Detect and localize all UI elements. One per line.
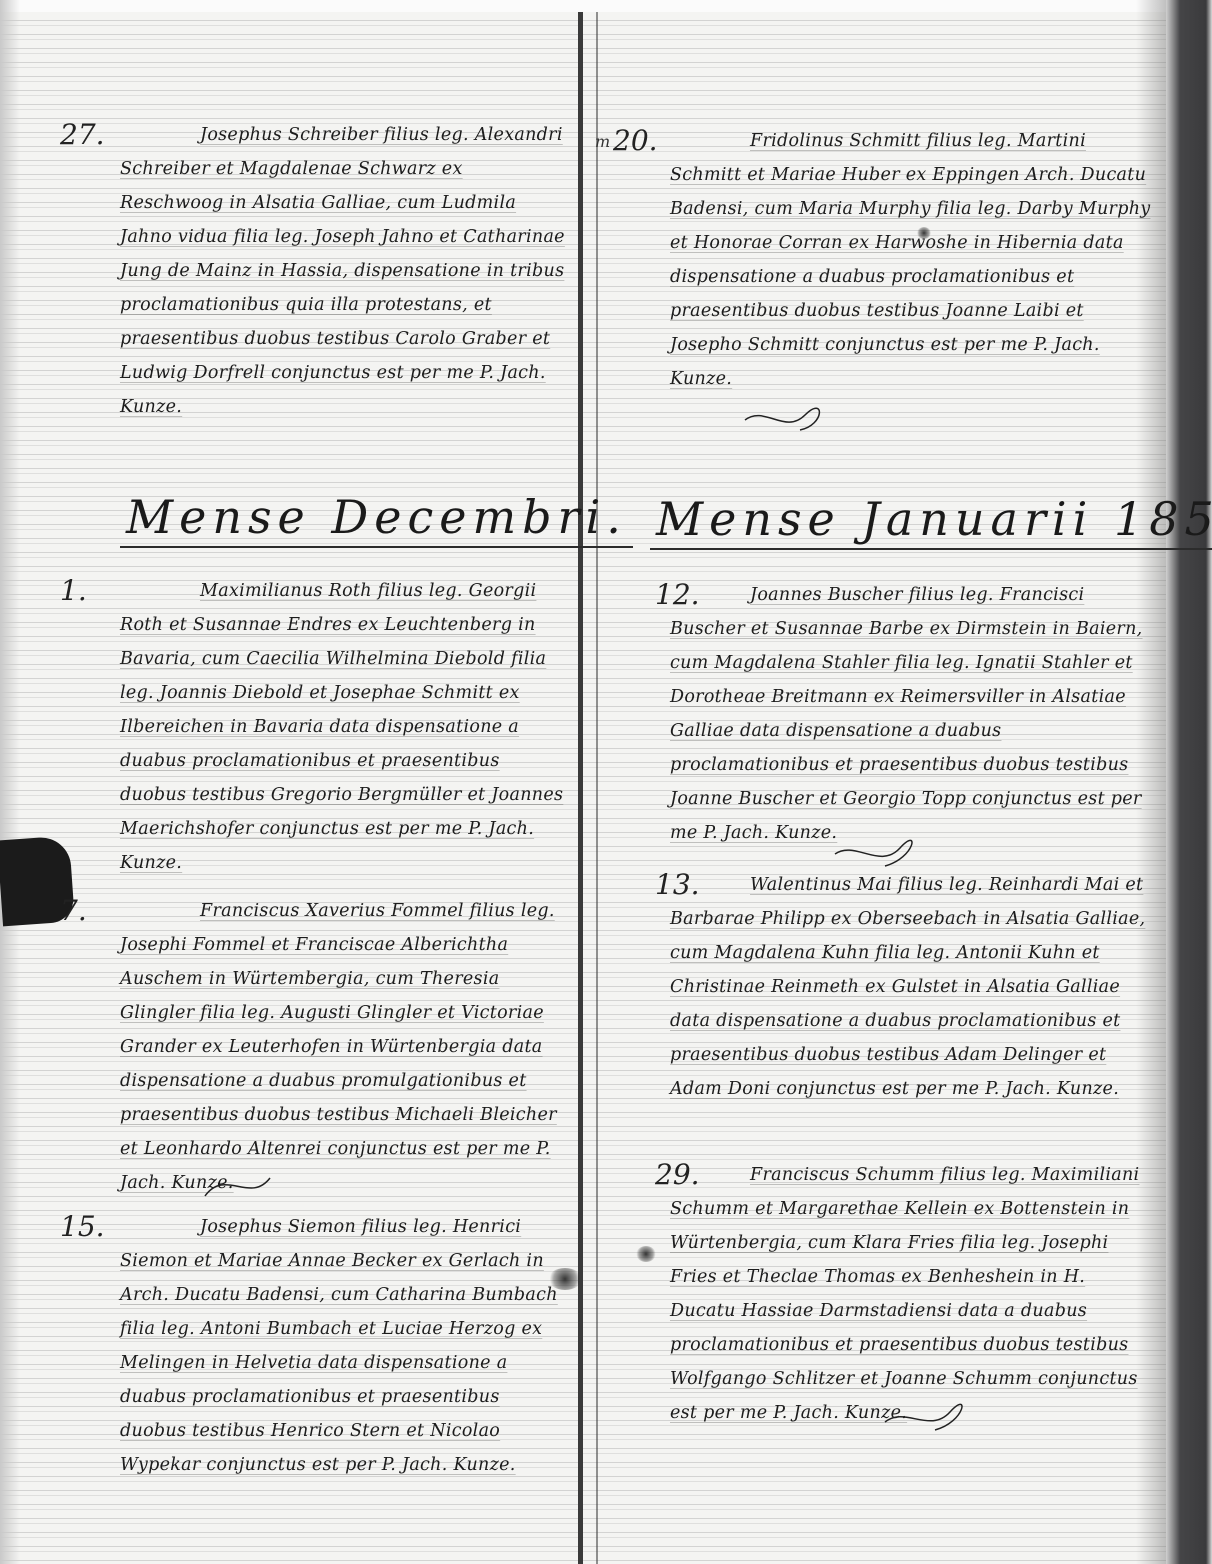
entry-text: Josephus Siemon filius leg. Henrici Siem… — [120, 1210, 570, 1482]
register-page: 27. Josephus Schreiber filius leg. Alexa… — [0, 0, 1212, 1564]
marriage-entry: m 20. Fridolinus Schmitt filius leg. Mar… — [595, 124, 1155, 454]
ink-smudge — [548, 1268, 582, 1290]
signature-flourish-icon — [830, 836, 920, 872]
marriage-entry: 27. Josephus Schreiber filius leg. Alexa… — [60, 118, 570, 458]
entry-number: 7. — [60, 894, 87, 927]
marriage-entry: 12. Joannes Buscher filius leg. Francisc… — [595, 578, 1155, 858]
month-heading-january: Mense Januarii 1852. — [650, 492, 1212, 550]
entry-margin-mark: m — [595, 132, 610, 151]
marriage-entry: 1. Maximilianus Roth filius leg. Georgii… — [60, 574, 570, 864]
marriage-entry: 13. Walentinus Mai filius leg. Reinhardi… — [595, 868, 1155, 1148]
marriage-entry: 29. Franciscus Schumm filius leg. Maximi… — [595, 1158, 1155, 1438]
month-heading-december: Mense Decembri. — [120, 490, 633, 548]
signature-flourish-icon — [740, 400, 830, 436]
signature-flourish-icon — [195, 1168, 285, 1204]
entry-text: Franciscus Schumm filius leg. Maximilian… — [670, 1158, 1155, 1430]
entry-number: 15. — [60, 1210, 105, 1243]
marriage-entry: 15. Josephus Siemon filius leg. Henrici … — [60, 1210, 570, 1520]
page-top-edge — [0, 0, 1212, 12]
entry-text: Franciscus Xaverius Fommel filius leg. J… — [120, 894, 570, 1200]
entry-number: 20. — [613, 124, 658, 157]
ink-smudge — [636, 1246, 656, 1262]
entry-text: Josephus Schreiber filius leg. Alexandri… — [120, 118, 570, 424]
signature-flourish-icon — [880, 1400, 970, 1436]
entry-text: Fridolinus Schmitt filius leg. Martini S… — [670, 124, 1155, 396]
right-scan-edge-shadow — [1166, 0, 1212, 1564]
column-divider-rule — [578, 12, 583, 1564]
ink-smudge — [917, 227, 931, 239]
left-scan-edge — [0, 0, 20, 1564]
entry-text: Maximilianus Roth filius leg. Georgii Ro… — [120, 574, 570, 880]
entry-number: 1. — [60, 574, 87, 607]
marriage-entry: 7. Franciscus Xaverius Fommel filius leg… — [60, 894, 570, 1204]
entry-text: Joannes Buscher filius leg. Francisci Bu… — [670, 578, 1155, 850]
entry-number: 27. — [60, 118, 105, 151]
entry-text: Walentinus Mai filius leg. Reinhardi Mai… — [670, 868, 1155, 1106]
